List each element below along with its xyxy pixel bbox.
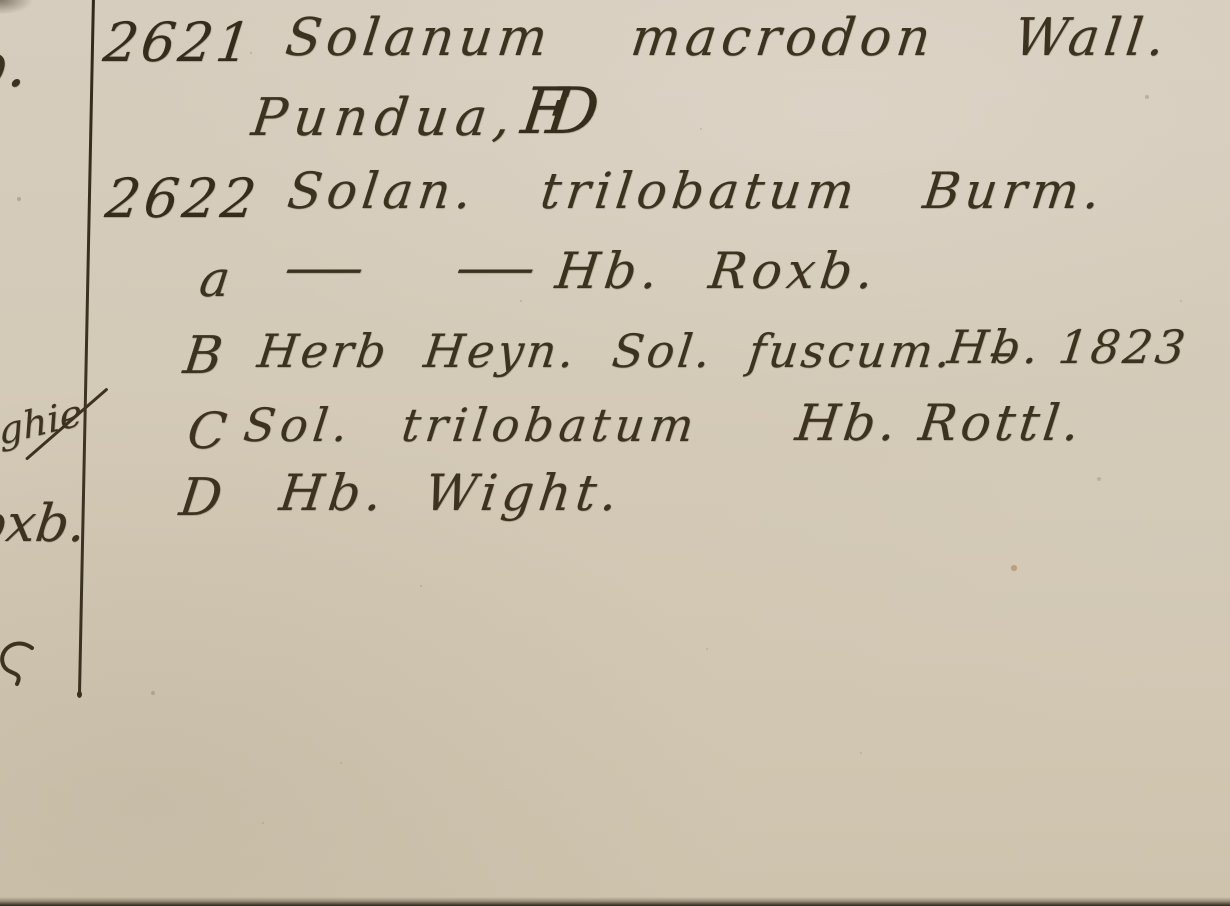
- specimen-letter: B: [181, 330, 226, 382]
- locality: Pundua,: [249, 92, 521, 144]
- pen-stroke-curve-icon: [0, 640, 40, 712]
- corner-shadow: [0, 0, 60, 28]
- ditto-dashes: — —: [281, 242, 539, 294]
- margin-fragment: b.: [0, 36, 31, 96]
- herbarium-source: Hb. 1823: [945, 324, 1191, 370]
- specimen-detail: Herb Heyn. Sol. fuscum. –: [255, 328, 1018, 374]
- page-bottom-edge: [0, 897, 1230, 906]
- specimen-letter: D: [177, 472, 225, 524]
- ruled-margin-line: [78, 0, 95, 696]
- specimen-letter: a: [197, 254, 233, 304]
- margin-fragment: Roxb.: [0, 498, 89, 550]
- specimen-detail: Hb. Wight.: [277, 468, 625, 518]
- specimen-letter: C: [185, 406, 229, 456]
- manuscript-page: 2621 Solanum macrodon Wall. Pundua, FD 2…: [0, 0, 1230, 906]
- specimen-detail: Sol. trilobatum: [241, 402, 701, 448]
- herbarium-source: Hb. Rottl.: [793, 398, 1086, 448]
- species-name: Solanum macrodon Wall.: [283, 12, 1173, 64]
- species-name: Solan. trilobatum Burm.: [285, 166, 1108, 216]
- entry-number: 2621: [101, 16, 257, 70]
- collector-monogram: FD: [518, 80, 602, 144]
- entry-number: 2622: [103, 172, 263, 226]
- herbarium-source: Hb. Roxb.: [553, 246, 881, 296]
